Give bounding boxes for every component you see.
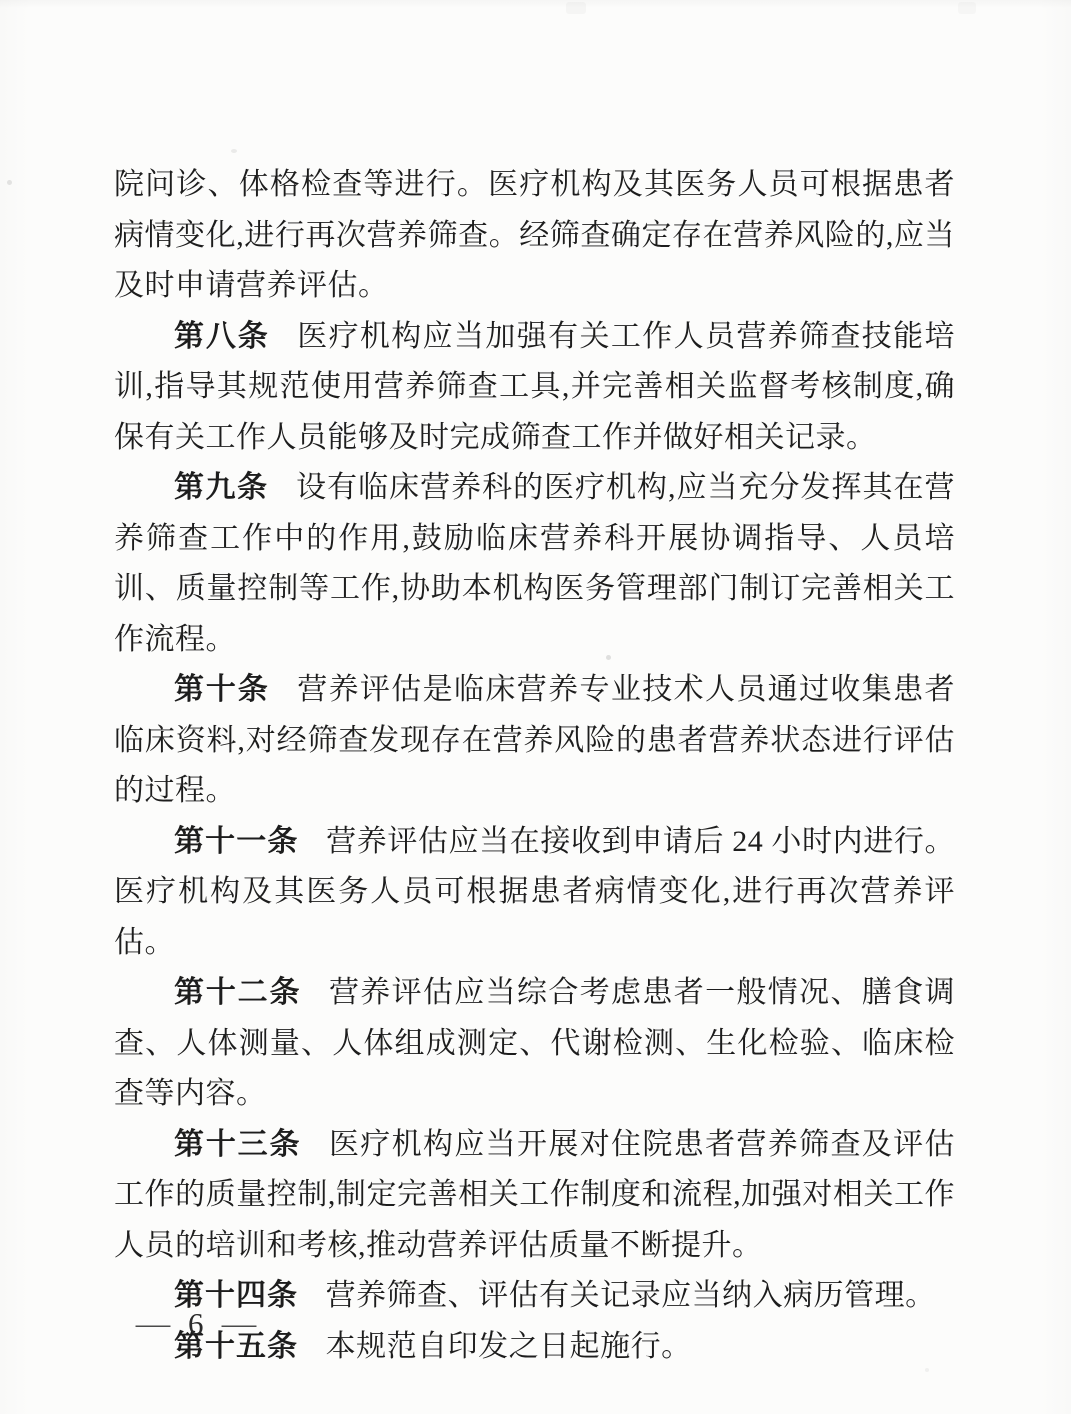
scan-artifact [231,149,237,153]
article-paragraph: 第十二条营养评估应当综合考虑患者一般情况、膳食调查、人体测量、人体组成测定、代谢… [114,968,955,1120]
article-paragraph: 第九条设有临床营养科的医疗机构,应当充分发挥其在营养筛查工作中的作用,鼓励临床营… [114,463,955,665]
article-number: 第八条 [174,320,270,353]
paragraph-text: 院问诊、体格检查等进行。医疗机构及其医务人员可根据患者病情变化,进行再次营养筛查… [114,168,955,302]
continuation-paragraph: 院问诊、体格检查等进行。医疗机构及其医务人员可根据患者病情变化,进行再次营养筛查… [114,160,955,312]
page-number: 6 [188,1306,204,1342]
page-footer: — 6 — [138,1306,254,1342]
article-paragraph: 第八条医疗机构应当加强有关工作人员营养筛查技能培训,指导其规范使用营养筛查工具,… [114,312,955,464]
article-number: 第十条 [174,673,270,706]
footer-dash-left: — [136,1307,171,1341]
paragraph-text: 本规范自印发之日起施行。 [326,1330,692,1363]
article-number: 第十二条 [174,976,301,1009]
document-body: 院问诊、体格检查等进行。医疗机构及其医务人员可根据患者病情变化,进行再次营养筛查… [114,160,955,1372]
scan-artifact [566,2,586,14]
article-number: 第十三条 [174,1128,301,1161]
article-number: 第九条 [174,471,269,504]
scan-artifact [7,180,12,185]
scan-artifact [958,2,976,14]
article-paragraph: 第十一条营养评估应当在接收到申请后 24 小时内进行。医疗机构及其医务人员可根据… [114,817,955,969]
paragraph-text: 营养筛查、评估有关记录应当纳入病历管理。 [326,1279,936,1312]
footer-dash-right: — [221,1307,256,1341]
article-paragraph: 第十条营养评估是临床营养专业技术人员通过收集患者临床资料,对经筛查发现存在营养风… [114,665,955,817]
article-paragraph: 第十三条医疗机构应当开展对住院患者营养筛查及评估工作的质量控制,制定完善相关工作… [114,1120,955,1272]
article-number: 第十一条 [174,825,298,858]
document-page: 院问诊、体格检查等进行。医疗机构及其医务人员可根据患者病情变化,进行再次营养筛查… [0,0,1071,1414]
